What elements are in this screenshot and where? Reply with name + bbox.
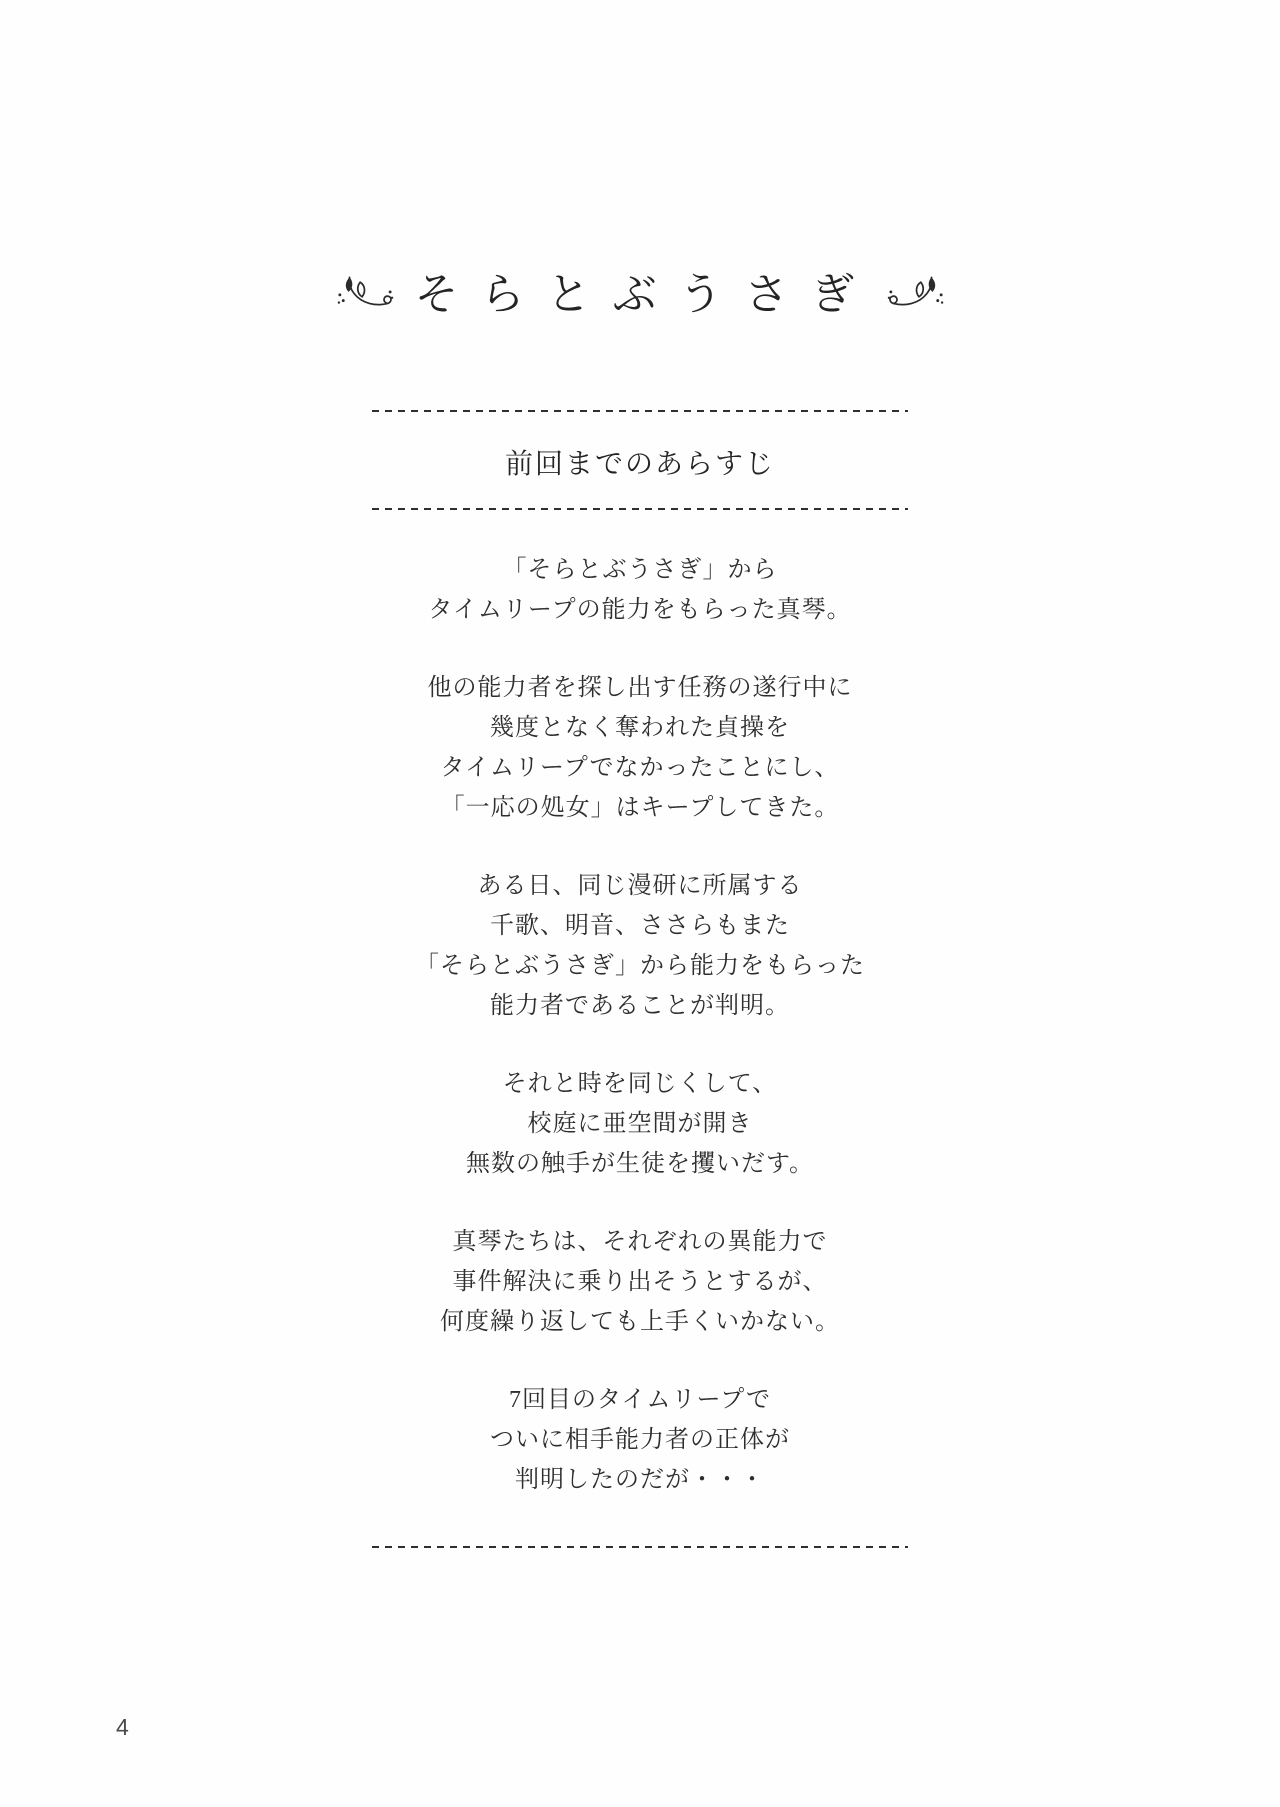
synopsis-line: それと時を同じくして、 bbox=[372, 1064, 908, 1104]
synopsis-line: 能力者であることが判明。 bbox=[372, 986, 908, 1026]
synopsis-line: 他の能力者を探し出す任務の遂行中に bbox=[372, 668, 908, 708]
page-number: 4 bbox=[116, 1714, 129, 1741]
synopsis-paragraph: それと時を同じくして、 校庭に亜空間が開き 無数の触手が生徒を攫いだす。 bbox=[372, 1064, 908, 1184]
synopsis-line: ついに相手能力者の正体が bbox=[372, 1420, 908, 1460]
content-column: そらとぶうさぎ bbox=[372, 256, 908, 1548]
synopsis-paragraph: ある日、同じ漫研に所属する 千歌、明音、ささらもまた 「そらとぶうさぎ」から能力… bbox=[372, 866, 908, 1026]
synopsis-line: 千歌、明音、ささらもまた bbox=[372, 906, 908, 946]
title-row: そらとぶうさぎ bbox=[372, 256, 908, 324]
synopsis-text: 「そらとぶうさぎ」から タイムリープの能力をもらった真琴。 他の能力者を探し出す… bbox=[372, 550, 908, 1500]
synopsis-line: 事件解決に乗り出そうとするが、 bbox=[372, 1262, 908, 1302]
synopsis-line: 校庭に亜空間が開き bbox=[372, 1104, 908, 1144]
dashed-divider-middle bbox=[372, 508, 908, 510]
synopsis-line: 判明したのだが・・・ bbox=[372, 1460, 908, 1500]
synopsis-paragraph: 他の能力者を探し出す任務の遂行中に 幾度となく奪われた貞操を タイムリープでなか… bbox=[372, 668, 908, 828]
synopsis-line: タイムリープでなかったことにし、 bbox=[372, 748, 908, 788]
synopsis-line: 「そらとぶうさぎ」から bbox=[372, 550, 908, 590]
dashed-divider-bottom bbox=[372, 1546, 908, 1548]
dashed-divider-top bbox=[372, 410, 908, 412]
synopsis-line: 7回目のタイムリープで bbox=[372, 1380, 908, 1420]
synopsis-line: 「そらとぶうさぎ」から能力をもらった bbox=[372, 946, 908, 986]
synopsis-line: タイムリープの能力をもらった真琴。 bbox=[372, 590, 908, 630]
synopsis-paragraph: 「そらとぶうさぎ」から タイムリープの能力をもらった真琴。 bbox=[372, 550, 908, 630]
synopsis-line: 「一応の処女」はキープしてきた。 bbox=[372, 788, 908, 828]
leaf-sprig-right-icon bbox=[887, 267, 945, 313]
synopsis-line: 無数の触手が生徒を攫いだす。 bbox=[372, 1144, 908, 1184]
synopsis-line: 何度繰り返しても上手くいかない。 bbox=[372, 1302, 908, 1342]
synopsis-line: 真琴たちは、それぞれの異能力で bbox=[372, 1222, 908, 1262]
page-title: そらとぶうさぎ bbox=[404, 258, 877, 322]
synopsis-paragraph: 真琴たちは、それぞれの異能力で 事件解決に乗り出そうとするが、 何度繰り返しても… bbox=[372, 1222, 908, 1342]
synopsis-paragraph: 7回目のタイムリープで ついに相手能力者の正体が 判明したのだが・・・ bbox=[372, 1380, 908, 1500]
leaf-sprig-left-icon bbox=[336, 267, 394, 313]
synopsis-line: 幾度となく奪われた貞操を bbox=[372, 708, 908, 748]
section-heading: 前回までのあらすじ bbox=[372, 448, 908, 480]
synopsis-line: ある日、同じ漫研に所属する bbox=[372, 866, 908, 906]
book-page: そらとぶうさぎ bbox=[0, 0, 1280, 1807]
